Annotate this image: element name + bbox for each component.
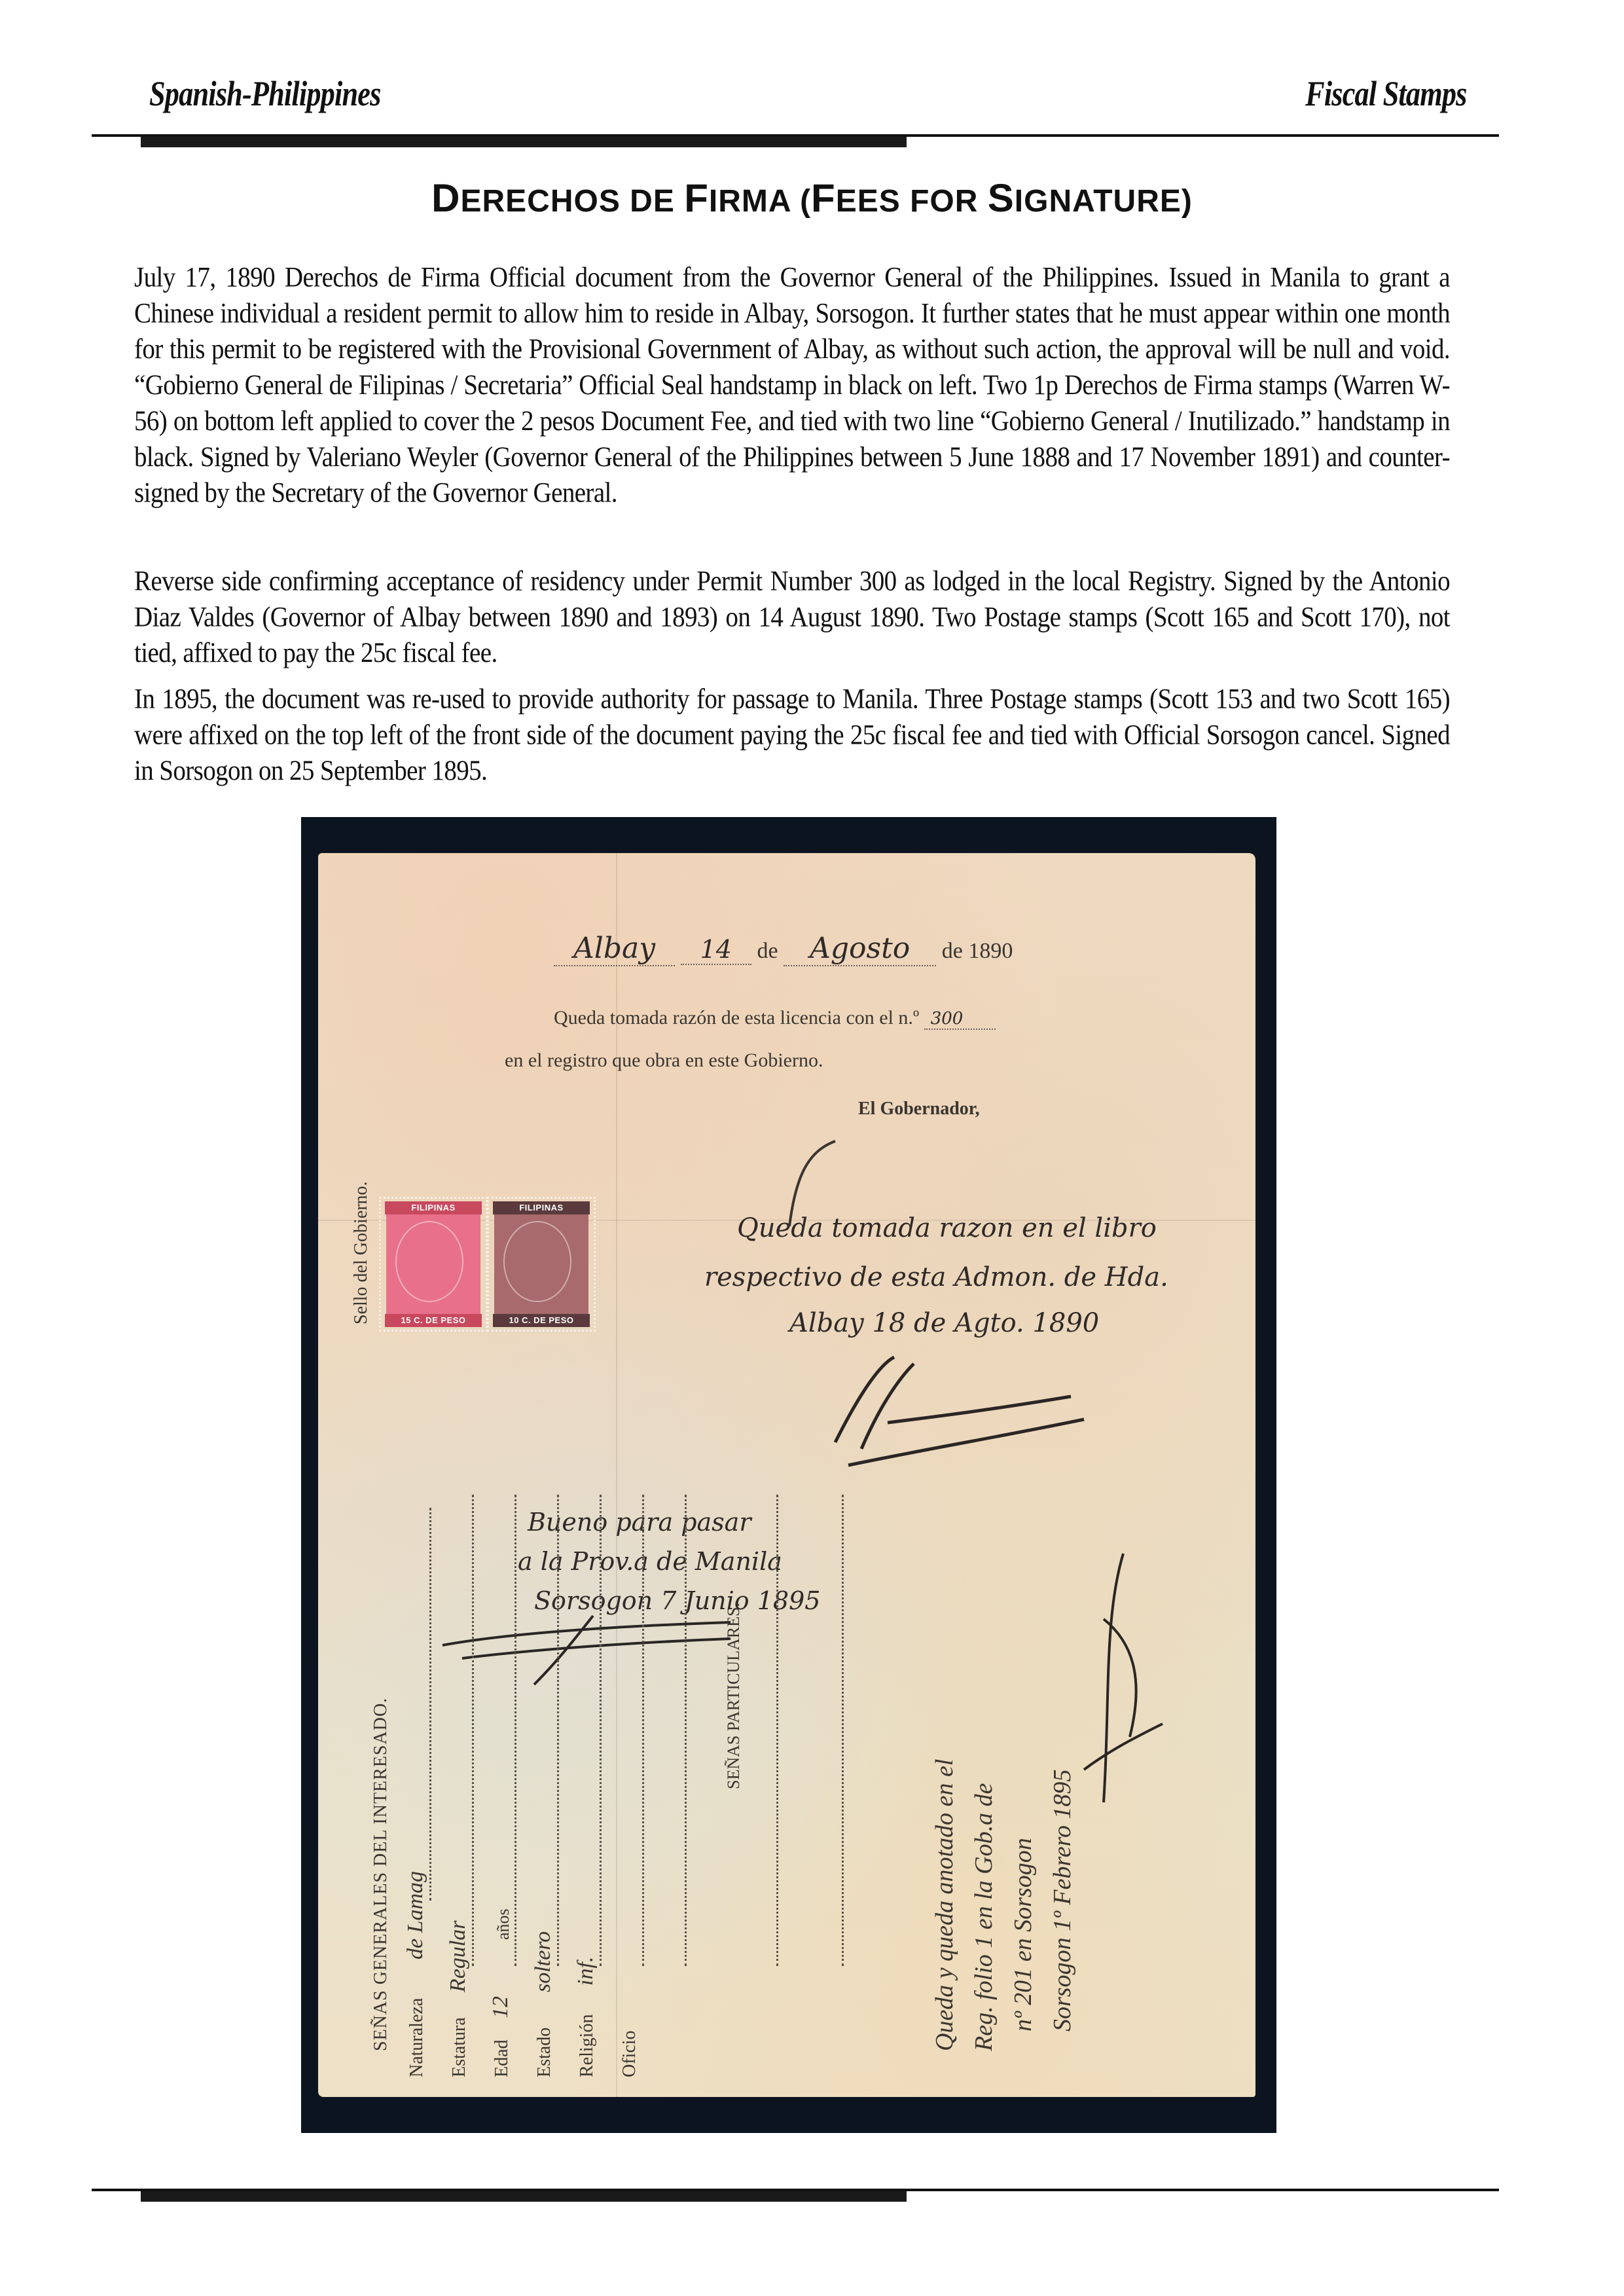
field-value-estado: soltero <box>531 1931 556 1992</box>
field-label-edad: Edad <box>492 2039 513 2077</box>
signature-mark <box>1064 1540 1182 1815</box>
stamp-value: 10 C. DE PESO <box>493 1314 590 1327</box>
registry-text-2: en el registro que obra en este Gobierno… <box>505 1049 823 1072</box>
field-line <box>557 1495 559 1966</box>
governor-label: El Gobernador, <box>858 1099 980 1120</box>
portrait-icon <box>503 1221 571 1302</box>
field-label-estado: Estado <box>534 2028 555 2077</box>
stamp-label: FILIPINAS <box>493 1201 590 1214</box>
stamp-label: FILIPINAS <box>385 1201 482 1214</box>
general-section-label: SEÑAS GENERALES DEL INTERESADO. <box>370 1698 391 2051</box>
page-title: DERECHOS DE FIRMA (FEES FOR SIGNATURE) <box>0 175 1624 221</box>
seal-label: Sello del Gobierno. <box>351 1181 372 1324</box>
field-label-oficio: Oficio <box>619 2030 640 2077</box>
signature-mark <box>822 1351 1097 1468</box>
stamp-value: 15 C. DE PESO <box>385 1314 482 1327</box>
description-paragraph-3: In 1895, the document was re-used to pro… <box>134 681 1450 789</box>
handwritten-vertical-line: Queda y queda anotado en el <box>930 1759 959 2051</box>
portrait-icon <box>395 1221 463 1302</box>
handwritten-vertical-line: Reg. folio 1 en la Gob.a de <box>969 1783 998 2051</box>
field-suffix-anos: años <box>494 1908 513 1940</box>
field-line <box>776 1495 778 1966</box>
field-label-estatura: Estatura <box>449 2017 470 2077</box>
document-image: Albay 14 de Agosto de 1890 Queda tomada … <box>301 817 1276 2133</box>
field-line <box>685 1495 687 1966</box>
date-line: Albay 14 de Agosto de 1890 <box>554 932 1013 966</box>
description-paragraph-2: Reverse side confirming acceptance of re… <box>134 563 1450 671</box>
registry-text: Queda tomada razón de esta licencia con … <box>554 1007 996 1030</box>
field-value-naturaleza: de Lamag <box>403 1871 428 1959</box>
field-label-religion: Religión <box>577 2014 598 2077</box>
signature-mark <box>737 1135 868 1239</box>
signature-mark <box>436 1613 737 1691</box>
handwritten-note-line: Albay 18 de Agto. 1890 <box>789 1308 1099 1338</box>
header-rule-bar <box>141 137 907 147</box>
field-line <box>429 1508 431 1901</box>
description-paragraph-1: July 17, 1890 Derechos de Firma Official… <box>134 259 1450 511</box>
handwritten-pass-line: Bueno para pasar <box>528 1508 751 1537</box>
field-label-naturaleza: Naturaleza <box>406 1998 427 2077</box>
field-line <box>642 1495 644 1966</box>
fold-line <box>616 853 617 2097</box>
header-left-title: Spanish-Philippines <box>149 73 381 114</box>
handwritten-note-line: respectivo de esta Admon. de Hda. <box>704 1262 1168 1292</box>
particular-section-label: SEÑAS PARTICULARES. <box>724 1603 744 1789</box>
postage-stamp: FILIPINAS 15 C. DE PESO <box>379 1197 488 1332</box>
field-value-religion: inf. <box>573 1957 598 1986</box>
field-line <box>472 1495 474 1966</box>
document-paper: Albay 14 de Agosto de 1890 Queda tomada … <box>318 853 1255 2097</box>
field-value-edad: 12 <box>488 1996 513 2018</box>
field-line <box>842 1495 844 1966</box>
postage-stamp: FILIPINAS 10 C. DE PESO <box>487 1197 596 1332</box>
header-right-title: Fiscal Stamps <box>1306 73 1467 114</box>
handwritten-vertical-line: nº 201 en Sorsogon <box>1009 1838 1038 2032</box>
field-value-estatura: Regular <box>446 1920 471 1992</box>
footer-rule-bar <box>141 2191 907 2202</box>
field-line <box>514 1495 516 1966</box>
field-line <box>600 1495 602 1966</box>
